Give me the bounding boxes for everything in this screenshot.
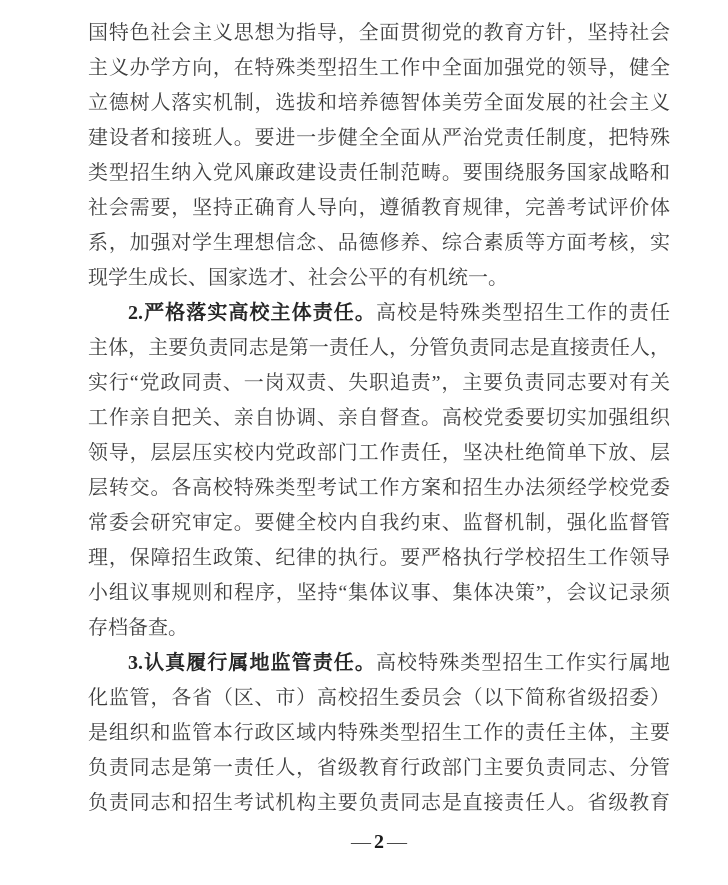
text-line: 建设者和接班人。要进一步健全全面从严治党责任制度，把特殊 <box>88 121 670 156</box>
text-line: 系，加强对学生理想信念、品德修养、综合素质等方面考核，实 <box>88 226 670 261</box>
text-line: 负责同志是第一责任人，省级教育行政部门主要负责同志、分管 <box>88 751 670 786</box>
text-line: 理，保障招生政策、纪律的执行。要严格执行学校招生工作领导 <box>88 541 670 576</box>
text-line: 立德树人落实机制，选拔和培养德智体美劳全面发展的社会主义 <box>88 86 670 121</box>
text-line: 社会需要，坚持正确育人导向，遵循教育规律，完善考试评价体 <box>88 191 670 226</box>
text-line: 是组织和监管本行政区域内特殊类型招生工作的责任主体，主要 <box>88 716 670 751</box>
paragraph-lead-bold: 3.认真履行属地监管责任。 <box>128 652 376 674</box>
text-line: 2.严格落实高校主体责任。高校是特殊类型招生工作的责任 <box>88 296 670 331</box>
text-line: 存档备查。 <box>88 611 670 646</box>
text-line: 负责同志和招生考试机构主要负责同志是直接责任人。省级教育 <box>88 786 670 821</box>
text-line: 主义办学方向，在特殊类型招生工作中全面加强党的领导，健全 <box>88 51 670 86</box>
text-line: 国特色社会主义思想为指导，全面贯彻党的教育方针，坚持社会 <box>88 16 670 51</box>
text-line: 工作亲自把关、亲自协调、亲自督查。高校党委要切实加强组织 <box>88 401 670 436</box>
footer-dash-right: — <box>387 831 407 853</box>
text-line: 实行“党政同责、一岗双责、失职追责”，主要负责同志要对有关 <box>88 366 670 401</box>
footer-dash-left: — <box>351 831 371 853</box>
text-line: 3.认真履行属地监管责任。高校特殊类型招生工作实行属地 <box>88 646 670 681</box>
page-number: 2 <box>374 831 384 853</box>
document-page: 国特色社会主义思想为指导，全面贯彻党的教育方针，坚持社会主义办学方向，在特殊类型… <box>0 0 728 885</box>
paragraph-lead-bold: 2.严格落实高校主体责任。 <box>128 302 376 324</box>
text-line: 主体，主要负责同志是第一责任人，分管负责同志是直接责任人， <box>88 331 670 366</box>
text-line: 现学生成长、国家选才、社会公平的有机统一。 <box>88 261 670 296</box>
text-line: 类型招生纳入党风廉政建设责任制范畴。要围绕服务国家战略和 <box>88 156 670 191</box>
text-line: 层转交。各高校特殊类型考试工作方案和招生办法须经学校党委 <box>88 471 670 506</box>
text-line: 化监管，各省（区、市）高校招生委员会（以下简称省级招委） <box>88 681 670 716</box>
text-line: 领导，层层压实校内党政部门工作责任，坚决杜绝简单下放、层 <box>88 436 670 471</box>
document-body: 国特色社会主义思想为指导，全面贯彻党的教育方针，坚持社会主义办学方向，在特殊类型… <box>88 16 670 821</box>
text-line: 小组议事规则和程序，坚持“集体议事、集体决策”，会议记录须 <box>88 576 670 611</box>
page-footer: —2— <box>88 829 670 855</box>
text-line: 常委会研究审定。要健全校内自我约束、监督机制，强化监督管 <box>88 506 670 541</box>
